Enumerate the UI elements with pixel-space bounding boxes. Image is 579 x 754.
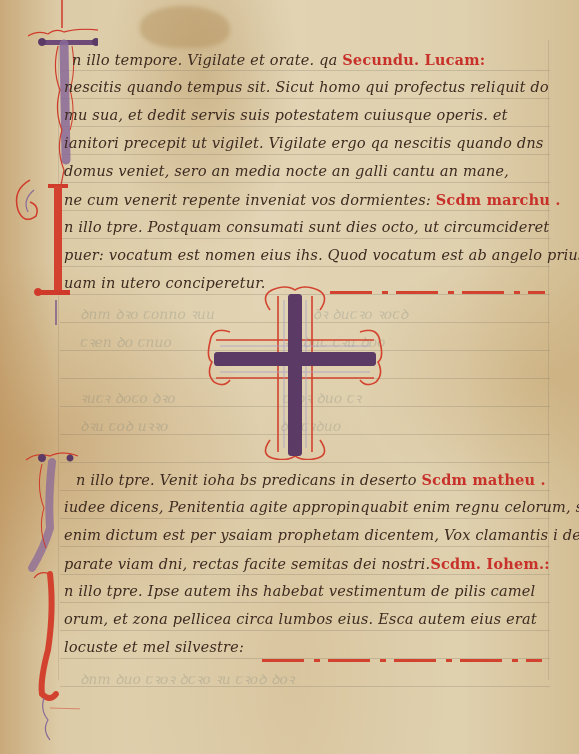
- text-run: mu sua, et dedit servis suis potestatem …: [64, 108, 508, 124]
- text-run: ianitori precepit ut vigilet. Vigilate e…: [64, 136, 544, 152]
- text-run: n illo tpre. Ipse autem ihs habebat vest…: [64, 584, 535, 600]
- ruling-line: [60, 238, 550, 239]
- ruling-line: [60, 462, 550, 463]
- ruling-line: [60, 70, 550, 71]
- text-run: locuste et mel silvestre:: [64, 640, 244, 656]
- rubric-heading: Secundu. Lucam:: [342, 52, 485, 69]
- text-line: puer: vocatum est nomen eius ihs. Quod v…: [64, 248, 579, 264]
- ruling-line: [60, 602, 550, 603]
- ruling-line: [60, 546, 550, 547]
- rubric-heading: Scdm matheu .: [422, 472, 546, 489]
- text-line: n illo tempore. Vigilate et orate. qa Se…: [72, 52, 485, 69]
- text-run: n illo tpre. Postquam consumati sunt die…: [64, 220, 549, 236]
- text-run: enim dictum est per ysaiam prophetam dic…: [64, 528, 579, 544]
- text-run: domus veniet, sero an media nocte an gal…: [64, 164, 509, 180]
- text-line: domus veniet, sero an media nocte an gal…: [64, 164, 509, 180]
- text-run: nescitis quando tempus sit. Sicut homo q…: [64, 80, 549, 96]
- ruling-line: [60, 490, 550, 491]
- text-line: nescitis quando tempus sit. Sicut homo q…: [64, 80, 549, 96]
- ruling-line: [60, 126, 550, 127]
- ruling-line: [60, 574, 550, 575]
- ruling-line: [60, 154, 550, 155]
- text-run: iudee dicens, Penitentia agite appropinq…: [64, 500, 579, 516]
- text-run: n illo tpre. Venit ioha bs predicans in …: [76, 473, 422, 489]
- text-run: ne cum venerit repente inveniat vos dorm…: [64, 193, 436, 209]
- text-line: parate viam dni, rectas facite semitas d…: [64, 556, 550, 573]
- text-run: orum, et zona pellicea circa lumbos eius…: [64, 612, 537, 628]
- text-line: n illo tpre. Venit ioha bs predicans in …: [76, 472, 546, 489]
- margin-ruling: [548, 40, 549, 680]
- rubric-heading: Scdm marchu .: [436, 192, 561, 209]
- text-line: iudee dicens, Penitentia agite appropinq…: [64, 500, 579, 516]
- text-line: enim dictum est per ysaiam prophetam dic…: [64, 528, 579, 544]
- text-line: n illo tpre. Ipse autem ihs habebat vest…: [64, 584, 535, 600]
- text-run: parate viam dni, rectas facite semitas d…: [64, 557, 430, 573]
- text-line: ne cum venerit repente inveniat vos dorm…: [64, 192, 561, 209]
- show-through-text: ꝺnm ꝺuo ꞇꝛoꝛ ꝺꞇꝛo ꝛu ꞇꝛoꝺ ꝺoꝛ: [80, 670, 294, 689]
- text-line: locuste et mel silvestre:: [64, 640, 244, 656]
- ruling-line: [60, 98, 550, 99]
- ruling-line: [60, 518, 550, 519]
- ruling-line: [60, 630, 550, 631]
- rubric-heading: Scdm. Iohem.:: [430, 556, 549, 573]
- manuscript-folio: ꝺnm ꝺꝛo ꞇonno ꝛuu ꝺꝛ ꝺuꞇꝛo ꝛoꞇꝺ ꞇꝛen ꝺo …: [0, 0, 579, 754]
- ruling-line: [60, 182, 550, 183]
- decorated-initial-i-icon: [10, 150, 70, 325]
- text-line: ianitori precepit ut vigilet. Vigilate e…: [64, 136, 544, 152]
- line-filler: [262, 659, 542, 662]
- text-run: puer: vocatum est nomen eius ihs. Quod v…: [64, 248, 579, 264]
- text-line: orum, et zona pellicea circa lumbos eius…: [64, 612, 537, 628]
- text-run: n illo tempore. Vigilate et orate. qa: [72, 53, 342, 69]
- text-line: n illo tpre. Postquam consumati sunt die…: [64, 220, 549, 236]
- ruling-line: [60, 210, 550, 211]
- text-line: mu sua, et dedit servis suis potestatem …: [64, 108, 508, 124]
- ruling-line: [60, 266, 550, 267]
- cross-fleury-icon: [200, 280, 390, 460]
- water-stain: [140, 6, 230, 48]
